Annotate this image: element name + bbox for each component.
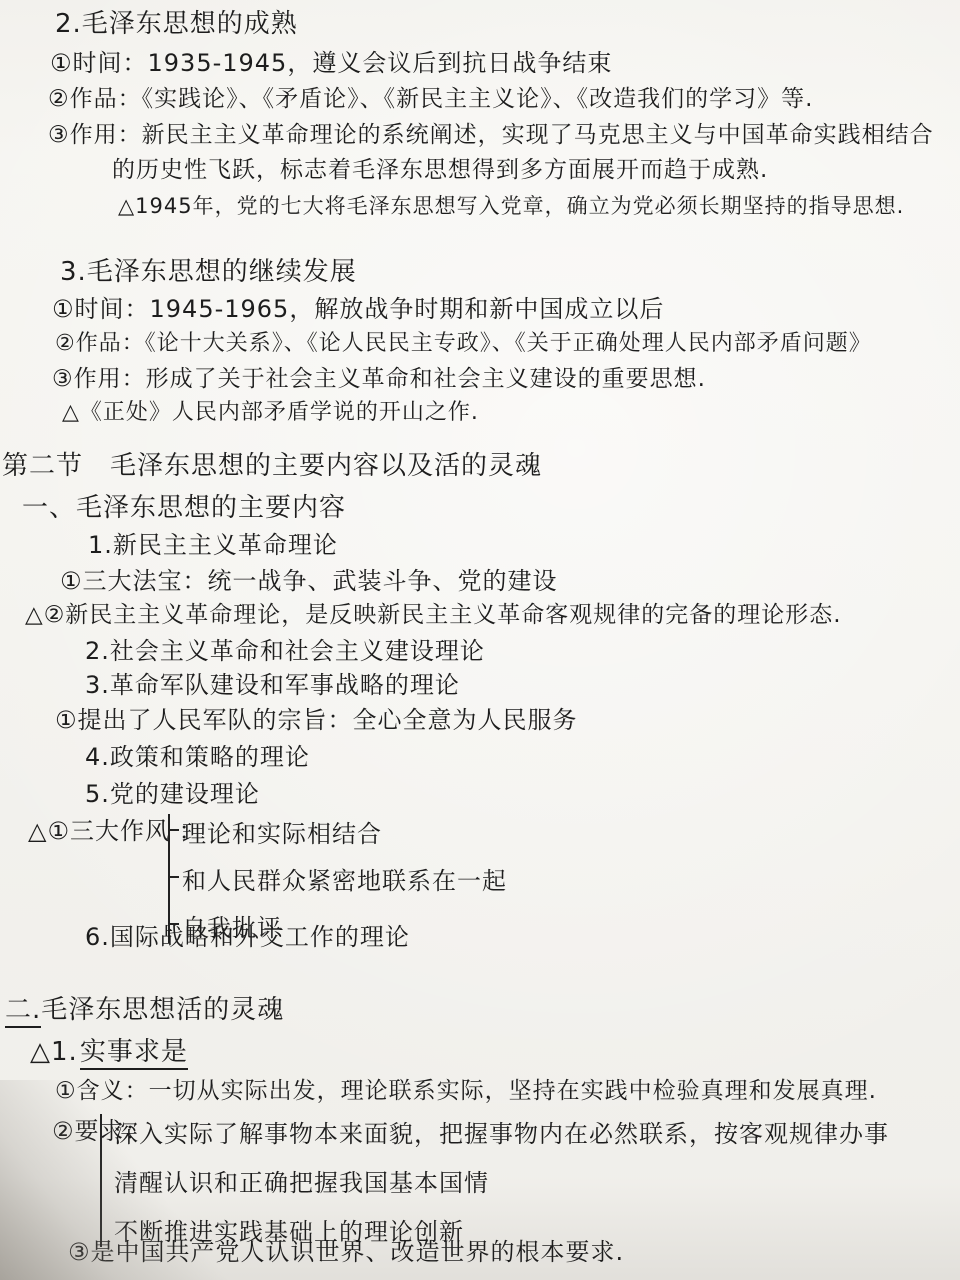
maturity-heading: 2.毛泽东思想的成熟 [55, 8, 298, 41]
part1-item1-sub: ①三大法宝：统一战争、武装斗争、党的建设 [60, 566, 558, 596]
section2-title: 第二节 毛泽东思想的主要内容以及活的灵魂 [2, 450, 542, 483]
development-heading: 3.毛泽东思想的继续发展 [60, 256, 357, 289]
part2-item1-marker: △1. [30, 1037, 78, 1067]
part1-item1: 1.新民主主义革命理论 [88, 530, 338, 560]
part1-item1-note: △②新民主主义革命理论，是反映新民主主义革命客观规律的完备的理论形态. [25, 601, 842, 630]
part2-heading: 二.毛泽东思想活的灵魂 [5, 994, 284, 1027]
part1-heading: 一、毛泽东思想的主要内容 [22, 492, 346, 525]
part1-item6: 6.国际战略和外交工作的理论 [85, 922, 410, 952]
part2-heading-text: 毛泽东思想活的灵魂 [41, 995, 284, 1025]
part2-point3: ③是中国共产党人认识世界、改造世界的根本要求. [68, 1237, 624, 1267]
maturity-time: ①时间：1935-1945，遵义会议后到抗日战争结束 [50, 48, 612, 78]
part2-item1: △1.实事求是 [30, 1036, 188, 1069]
development-time: ①时间：1945-1965，解放战争时期和新中国成立以后 [52, 294, 664, 324]
part1-item3-sub: ①提出了人民军队的宗旨：全心全意为人民服务 [55, 705, 578, 735]
requirement-item-2: 清醒认识和正确把握我国基本国情 [114, 1163, 889, 1198]
requirement-item-1: 深入实际了解事物本来面貌，把握事物内在必然联系，按客观规律办事 [114, 1114, 889, 1149]
development-role: ③作用：形成了关于社会主义革命和社会主义建设的重要思想. [52, 365, 706, 394]
maturity-works: ②作品：《实践论》、《矛盾论》、《新民主主义论》、《改造我们的学习》等. [48, 85, 813, 114]
maturity-note-1945: △1945年，党的七大将毛泽东思想写入党章，确立为党必须长期坚持的指导思想. [118, 193, 904, 219]
requirements-list: 深入实际了解事物本来面貌，把握事物内在必然联系，按客观规律办事 清醒认识和正确把… [100, 1114, 889, 1247]
maturity-role-line2: 的历史性飞跃，标志着毛泽东思想得到多方面展开而趋于成熟. [112, 156, 768, 185]
style-item-masses: 和人民群众紧密地联系在一起 [182, 861, 507, 896]
style-item-theory: 理论和实际相结合 [182, 814, 507, 849]
part1-item4: 4.政策和策略的理论 [85, 742, 310, 772]
part2-heading-number: 二. [5, 995, 41, 1028]
part1-item2: 2.社会主义革命和社会主义建设理论 [85, 636, 485, 666]
part2-meaning: ①含义：一切从实际出发，理论联系实际，坚持在实践中检验真理和发展真理. [55, 1077, 877, 1106]
handwritten-notes-page: { "page": { "paper_color": "#f6f5f1", "i… [0, 0, 960, 1280]
maturity-role-line1: ③作用：新民主主义革命理论的系统阐述，实现了马克思主义与中国革命实践相结合 [48, 121, 934, 150]
part2-item1-title: 实事求是 [80, 1037, 188, 1070]
development-works: ②作品：《论十大关系》、《论人民民主专政》、《关于正确处理人民内部矛盾问题》 [55, 330, 872, 358]
part1-item3: 3.革命军队建设和军事战略的理论 [85, 670, 460, 700]
part1-item5: 5.党的建设理论 [85, 779, 260, 809]
development-note-zhengchu: △《正处》人民内部矛盾学说的开山之作. [62, 399, 479, 427]
